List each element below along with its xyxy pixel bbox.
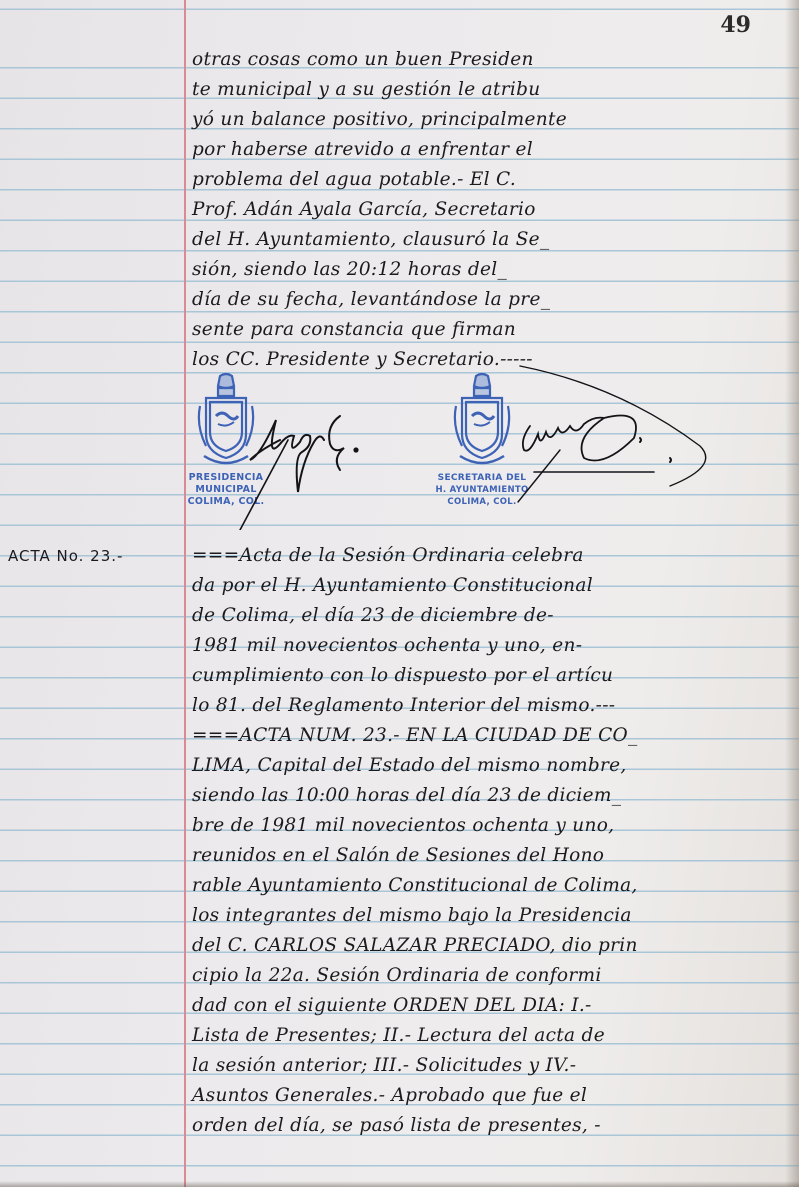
text-line: del H. Ayuntamiento, clausuró la Se_ — [192, 229, 792, 250]
stamp-label: COLIMA, COL. — [180, 496, 272, 508]
text-line: ===ACTA NUM. 23.- EN LA CIUDAD DE CO_ — [192, 725, 792, 746]
text-line: cumplimiento con lo dispuesto por el art… — [192, 665, 792, 686]
page-bottom-edge — [0, 1181, 799, 1187]
text-line: rable Ayuntamiento Constitucional de Col… — [192, 875, 792, 896]
stamp-label: SECRETARIA DEL — [432, 472, 532, 484]
text-line: por haberse atrevido a enfrentar el — [192, 139, 792, 160]
stamp-label: PRESIDENCIA — [180, 472, 272, 484]
stamp-label: COLIMA, COL. — [432, 496, 532, 508]
text-line: dad con el siguiente ORDEN DEL DIA: I.- — [192, 995, 792, 1016]
text-line: LIMA, Capital del Estado del mismo nombr… — [192, 755, 792, 776]
text-line: 1981 mil novecientos ochenta y uno, en- — [192, 635, 792, 656]
text-line: la sesión anterior; III.- Solicitudes y … — [192, 1055, 792, 1076]
stamp-label: H. AYUNTAMIENTO — [432, 484, 532, 496]
text-line: ===Acta de la Sesión Ordinaria celebra — [192, 545, 792, 566]
text-line: reunidos en el Salón de Sesiones del Hon… — [192, 845, 792, 866]
ledger-page: 49 otras cosas como un buen Presiden te … — [0, 0, 799, 1187]
text-line: los integrantes del mismo bajo la Presid… — [192, 905, 792, 926]
text-line: sente para constancia que firman — [192, 319, 792, 340]
text-line: otras cosas como un buen Presiden — [192, 49, 792, 70]
text-line: día de su fecha, levantándose la pre_ — [192, 289, 792, 310]
stamp-label: MUNICIPAL — [180, 484, 272, 496]
text-line: siendo las 10:00 horas del día 23 de dic… — [192, 785, 792, 806]
text-line: de Colima, el día 23 de diciembre de- — [192, 605, 792, 626]
text-line: yó un balance positivo, principalmente — [192, 109, 792, 130]
text-line: orden del día, se pasó lista de presente… — [192, 1115, 792, 1136]
secretary-stamp: SECRETARIA DEL H. AYUNTAMIENTO COLIMA, C… — [432, 372, 532, 508]
text-line: Lista de Presentes; II.- Lectura del act… — [192, 1025, 792, 1046]
text-line: Prof. Adán Ayala García, Secretario — [192, 199, 792, 220]
acta-number-note: ACTA No. 23.- — [8, 547, 123, 565]
coat-of-arms-icon — [194, 372, 258, 472]
president-stamp: PRESIDENCIA MUNICIPAL COLIMA, COL. — [180, 372, 272, 508]
text-line: bre de 1981 mil novecientos ochenta y un… — [192, 815, 792, 836]
text-line: lo 81. del Reglamento Interior del mismo… — [192, 695, 792, 716]
text-line: del C. CARLOS SALAZAR PRECIADO, dio prin — [192, 935, 792, 956]
page-number: 49 — [720, 12, 751, 38]
text-line: problema del agua potable.- El C. — [192, 169, 792, 190]
text-line: sión, siendo las 20:12 horas del_ — [192, 259, 792, 280]
text-line: cipio la 22a. Sesión Ordinaria de confor… — [192, 965, 792, 986]
text-line: Asuntos Generales.- Aprobado que fue el — [192, 1085, 792, 1106]
text-line: da por el H. Ayuntamiento Constitucional — [192, 575, 792, 596]
margin-rule — [184, 0, 186, 1187]
text-line: los CC. Presidente y Secretario.----- — [192, 349, 792, 370]
text-line: te municipal y a su gestión le atribu — [192, 79, 792, 100]
coat-of-arms-icon — [450, 372, 514, 472]
